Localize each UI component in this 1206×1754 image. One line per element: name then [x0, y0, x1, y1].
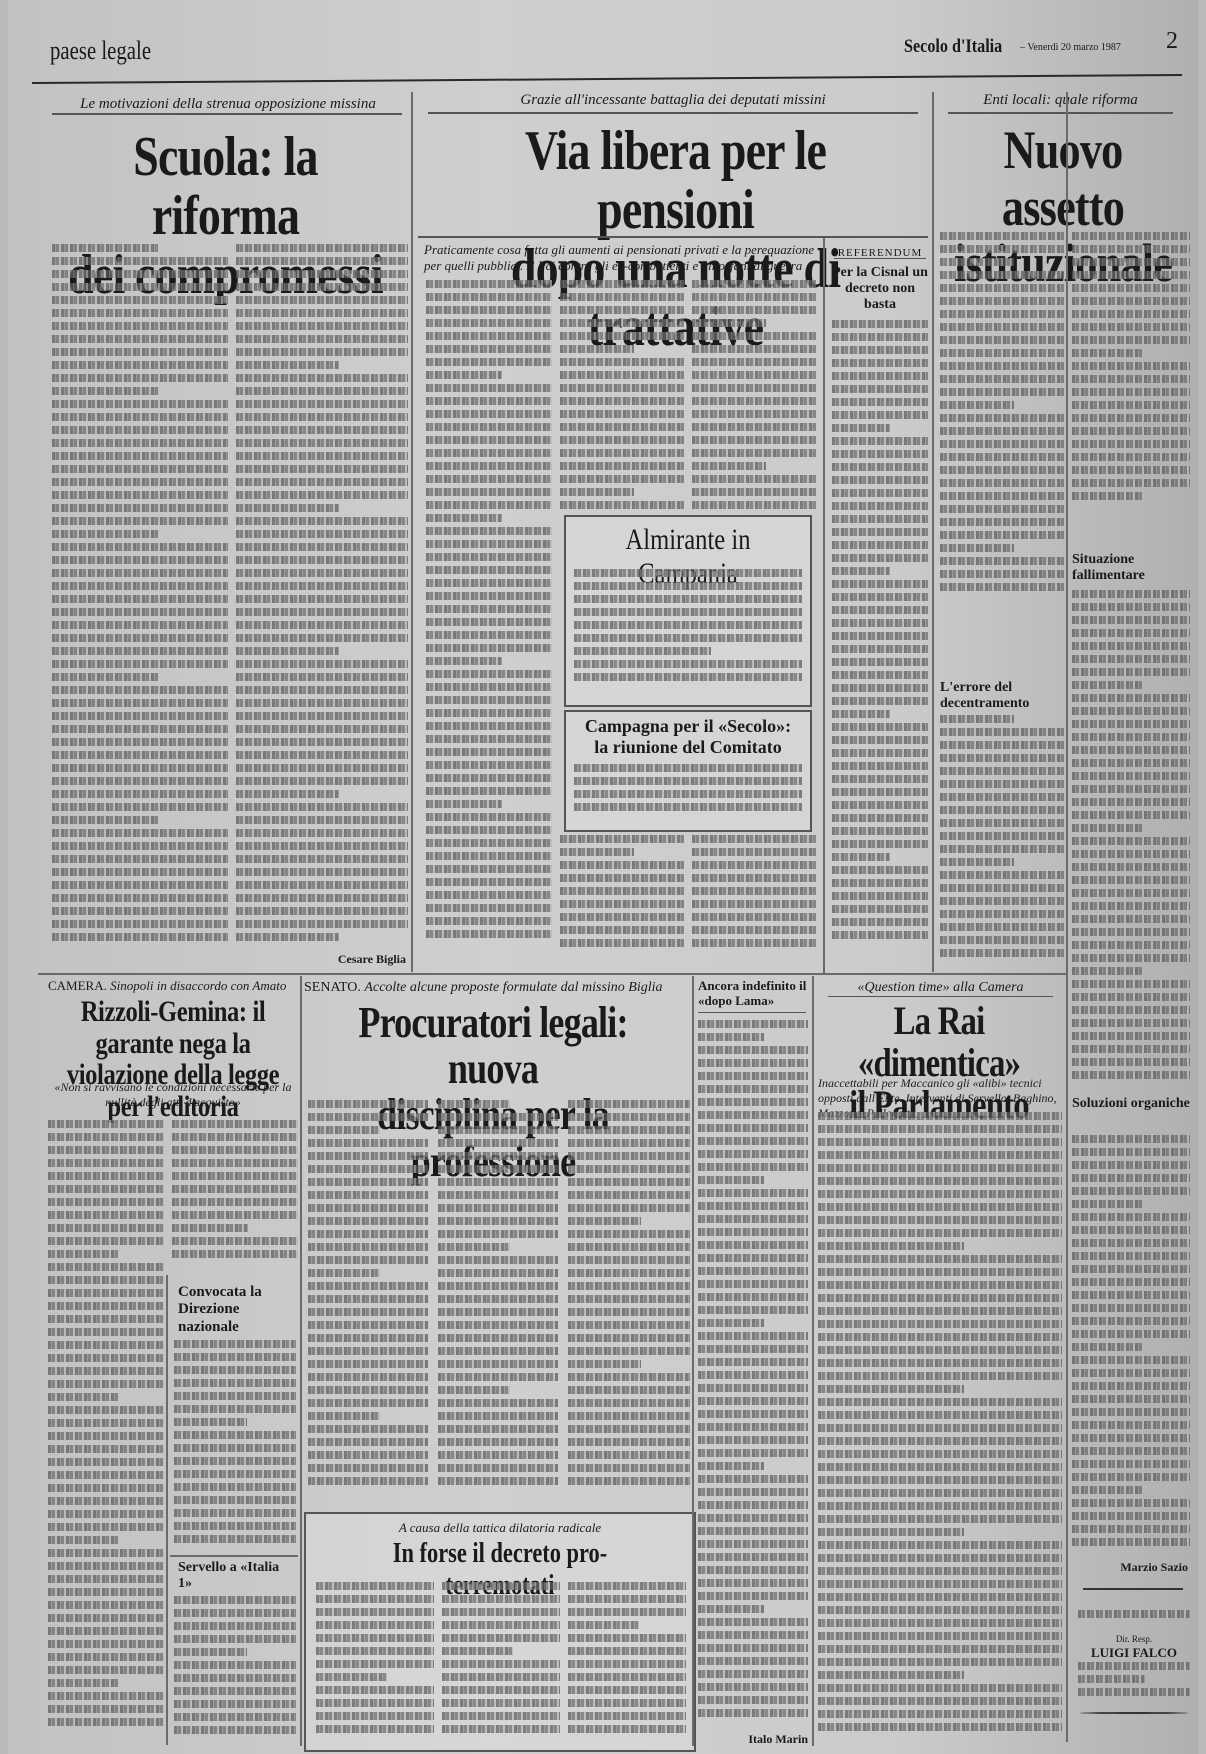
- kicker: A causa della tattica dilatoria radicale: [306, 1520, 694, 1536]
- text-line: [832, 632, 928, 640]
- text-line: [308, 1347, 428, 1355]
- text-line: [236, 855, 408, 863]
- text-line: [52, 634, 228, 642]
- text-line: [174, 1418, 247, 1426]
- box-body: [574, 569, 802, 697]
- article-body: [818, 1112, 1062, 1742]
- text-line: [426, 748, 552, 756]
- text-line: [940, 284, 1064, 292]
- text-line: [1072, 375, 1190, 383]
- text-line: [236, 582, 408, 590]
- deck: «Non si ravvisano le condizioni necessar…: [48, 1080, 298, 1110]
- text-line: [1072, 785, 1190, 793]
- text-line: [48, 1354, 164, 1362]
- text-line: [832, 775, 928, 783]
- text-line: [316, 1647, 434, 1655]
- text-line: [940, 362, 1064, 370]
- text-line: [52, 790, 228, 798]
- text-line: [698, 1267, 808, 1275]
- text-line: [940, 715, 1014, 723]
- text-line: [692, 280, 816, 288]
- text-line: [438, 1139, 558, 1147]
- text-line: [438, 1321, 558, 1329]
- text-line: [940, 728, 1064, 736]
- text-line: [48, 1250, 118, 1258]
- text-line: [174, 1700, 296, 1708]
- text-line: [52, 686, 228, 694]
- sidebar-headline: Per la Cisnal un decreto non basta: [830, 265, 930, 313]
- text-line: [574, 621, 802, 629]
- text-line: [568, 1165, 690, 1173]
- text-line: [174, 1444, 296, 1452]
- text-line: [236, 738, 408, 746]
- text-line: [236, 621, 408, 629]
- text-line: [1072, 941, 1190, 949]
- text-line: [1072, 1187, 1190, 1195]
- text-line: [832, 359, 928, 367]
- text-line: [692, 874, 816, 882]
- text-line: [1072, 1265, 1190, 1273]
- text-line: [568, 1386, 690, 1394]
- text-line: [940, 427, 1064, 435]
- text-line: [940, 310, 1064, 318]
- text-line: [174, 1522, 296, 1530]
- text-line: [236, 387, 408, 395]
- text-line: [698, 1579, 808, 1587]
- text-line: [438, 1295, 558, 1303]
- text-line: [426, 605, 552, 613]
- text-line: [940, 949, 1064, 957]
- text-line: [692, 475, 816, 483]
- text-line: [308, 1256, 428, 1264]
- column-divider: [932, 92, 934, 972]
- text-line: [426, 371, 502, 379]
- text-line: [236, 491, 408, 499]
- text-line: [560, 449, 684, 457]
- text-line: [698, 1163, 808, 1171]
- text-line: [426, 462, 552, 470]
- text-line: [426, 449, 552, 457]
- text-line: [48, 1393, 118, 1401]
- text-line: [426, 280, 552, 288]
- text-line: [1072, 1161, 1190, 1169]
- text-line: [1072, 681, 1143, 689]
- text-line: [832, 502, 928, 510]
- text-line: [308, 1100, 428, 1108]
- text-line: [48, 1159, 164, 1167]
- text-line: [832, 710, 890, 718]
- text-line: [438, 1269, 558, 1277]
- text-line: [568, 1621, 639, 1629]
- text-line: [438, 1100, 510, 1108]
- text-line: [574, 569, 802, 577]
- text-line: [818, 1502, 1062, 1510]
- text-line: [52, 751, 228, 759]
- text-line: [560, 835, 684, 843]
- text-line: [574, 803, 802, 811]
- text-line: [560, 371, 684, 379]
- text-line: [560, 913, 684, 921]
- text-line: [236, 309, 408, 317]
- text-line: [172, 1185, 298, 1193]
- text-line: [426, 397, 552, 405]
- text-line: [426, 553, 552, 561]
- text-line: [308, 1152, 428, 1160]
- text-line: [818, 1489, 1062, 1497]
- text-line: [818, 1515, 1062, 1523]
- text-line: [48, 1406, 164, 1414]
- text-line: [52, 504, 228, 512]
- text-line: [560, 861, 684, 869]
- text-line: [940, 336, 1064, 344]
- text-line: [560, 848, 634, 856]
- text-line: [940, 479, 1064, 487]
- text-line: [236, 790, 339, 798]
- text-line: [940, 923, 1064, 931]
- box-body: [568, 1582, 686, 1742]
- text-line: [426, 293, 552, 301]
- text-line: [174, 1726, 296, 1734]
- text-line: [48, 1315, 164, 1323]
- text-line: [174, 1609, 296, 1617]
- text-line: [698, 1072, 808, 1080]
- text-line: [698, 1631, 808, 1639]
- text-line: [832, 437, 928, 445]
- text-line: [818, 1463, 1062, 1471]
- text-line: [698, 1449, 808, 1457]
- text-line: [438, 1464, 558, 1472]
- text-line: [236, 296, 408, 304]
- text-line: [1072, 694, 1190, 702]
- text-line: [308, 1451, 428, 1459]
- text-line: [832, 515, 928, 523]
- kicker: Enti locali: quale riforma: [938, 92, 1183, 109]
- text-line: [832, 853, 890, 861]
- text-line: [174, 1596, 296, 1604]
- text-line: [568, 1412, 690, 1420]
- text-line: [316, 1725, 434, 1733]
- text-line: [698, 1098, 808, 1106]
- text-line: [818, 1346, 1062, 1354]
- text-line: [940, 466, 1064, 474]
- text-line: [832, 840, 928, 848]
- text-line: [52, 426, 228, 434]
- end-rule: [1080, 1712, 1188, 1714]
- text-line: [174, 1622, 296, 1630]
- text-line: [1072, 889, 1190, 897]
- text-line: [832, 671, 928, 679]
- text-line: [692, 384, 816, 392]
- text-line: [698, 1410, 808, 1418]
- text-line: [832, 489, 928, 497]
- text-line: [560, 358, 684, 366]
- text-line: [1072, 401, 1190, 409]
- text-line: [692, 358, 816, 366]
- text-line: [426, 904, 552, 912]
- text-line: [1072, 1434, 1190, 1442]
- text-line: [692, 306, 816, 314]
- text-line: [1072, 811, 1190, 819]
- text-line: [574, 647, 711, 655]
- text-line: [438, 1425, 558, 1433]
- text-line: [1072, 1200, 1143, 1208]
- box-headline: Servello a «Italia 1»: [178, 1560, 296, 1592]
- article-body: [560, 280, 684, 520]
- article-body: [52, 244, 228, 949]
- text-line: [174, 1687, 296, 1695]
- column-divider: [823, 238, 825, 973]
- text-line: [698, 1384, 808, 1392]
- text-line: [426, 774, 552, 782]
- headline-line: Nuovo assetto: [952, 122, 1173, 235]
- text-line: [426, 813, 552, 821]
- text-line: [308, 1139, 428, 1147]
- text-line: [818, 1684, 1062, 1692]
- text-line: [426, 644, 552, 652]
- text-line: [52, 361, 228, 369]
- text-line: [832, 619, 928, 627]
- kicker-rule: [428, 112, 918, 114]
- article-body: [1072, 232, 1190, 512]
- text-line: [52, 374, 228, 382]
- text-line: [48, 1185, 164, 1193]
- text-line: [426, 501, 552, 509]
- issue-date: – Venerdì 20 marzo 1987: [1020, 42, 1121, 53]
- text-line: [568, 1686, 686, 1694]
- text-line: [426, 618, 552, 626]
- text-line: [236, 400, 408, 408]
- text-line: [48, 1588, 164, 1596]
- text-line: [568, 1451, 690, 1459]
- text-line: [568, 1373, 690, 1381]
- text-line: [698, 1319, 764, 1327]
- box-body: [442, 1582, 560, 1742]
- text-line: [438, 1477, 558, 1485]
- text-line: [698, 1657, 808, 1665]
- text-line: [940, 780, 1064, 788]
- text-line: [692, 861, 816, 869]
- text-line: [442, 1712, 560, 1720]
- text-line: [48, 1692, 164, 1700]
- text-line: [236, 530, 408, 538]
- text-line: [174, 1340, 296, 1348]
- text-line: [1072, 590, 1190, 598]
- text-line: [940, 897, 1064, 905]
- text-line: [52, 660, 228, 668]
- text-line: [426, 436, 552, 444]
- text-line: [236, 426, 408, 434]
- text-line: [568, 1243, 690, 1251]
- text-line: [568, 1191, 690, 1199]
- text-line: [698, 1228, 808, 1236]
- text-line: [940, 323, 1064, 331]
- text-line: [560, 423, 684, 431]
- text-line: [236, 517, 408, 525]
- text-line: [52, 608, 228, 616]
- text-line: [316, 1608, 434, 1616]
- text-line: [426, 826, 552, 834]
- text-line: [48, 1523, 164, 1531]
- text-line: [818, 1125, 1062, 1133]
- text-line: [940, 544, 1014, 552]
- text-line: [698, 1254, 808, 1262]
- text-line: [308, 1373, 428, 1381]
- text-line: [438, 1178, 558, 1186]
- text-line: [818, 1385, 964, 1393]
- boxed-article: Campagna per il «Secolo»: la riunione de…: [564, 710, 812, 832]
- text-line: [438, 1217, 558, 1225]
- text-line: [698, 1670, 808, 1678]
- text-line: [1072, 1408, 1190, 1416]
- text-line: [52, 569, 228, 577]
- text-line: [1072, 479, 1190, 487]
- text-line: [438, 1360, 558, 1368]
- text-line: [692, 397, 816, 405]
- text-line: [438, 1438, 558, 1446]
- text-line: [52, 777, 228, 785]
- text-line: [52, 257, 228, 265]
- text-line: [692, 900, 816, 908]
- text-line: [48, 1341, 164, 1349]
- text-line: [438, 1451, 558, 1459]
- text-line: [308, 1269, 380, 1277]
- text-line: [698, 1709, 808, 1717]
- text-line: [698, 1644, 808, 1652]
- text-line: [174, 1379, 296, 1387]
- text-line: [698, 1605, 764, 1613]
- text-line: [426, 865, 552, 873]
- text-line: [568, 1464, 690, 1472]
- text-line: [560, 319, 684, 327]
- text-line: [698, 1488, 808, 1496]
- text-line: [560, 462, 684, 470]
- text-line: [560, 410, 684, 418]
- text-line: [818, 1177, 1062, 1185]
- text-line: [236, 569, 408, 577]
- text-line: [316, 1634, 434, 1642]
- text-line: [1072, 466, 1190, 474]
- text-line: [940, 414, 1064, 422]
- text-line: [48, 1666, 164, 1674]
- text-line: [48, 1302, 164, 1310]
- text-line: [1072, 1239, 1190, 1247]
- text-line: [1072, 388, 1190, 396]
- text-line: [698, 1566, 808, 1574]
- text-line: [692, 488, 816, 496]
- text-line: [698, 1046, 808, 1054]
- text-line: [52, 530, 158, 538]
- subhead: L'errore del decentramento: [940, 680, 1064, 712]
- text-line: [560, 436, 684, 444]
- text-line: [940, 754, 1064, 762]
- text-line: [236, 673, 408, 681]
- text-line: [1072, 837, 1190, 845]
- text-line: [698, 1345, 808, 1353]
- text-line: [52, 387, 158, 395]
- text-line: [832, 320, 928, 328]
- text-line: [832, 554, 928, 562]
- text-line: [236, 751, 408, 759]
- text-line: [818, 1710, 1062, 1718]
- text-line: [1072, 1019, 1190, 1027]
- text-line: [940, 271, 1064, 279]
- text-line: [308, 1178, 428, 1186]
- text-line: [940, 453, 1064, 461]
- text-line: [1072, 284, 1190, 292]
- text-line: [832, 580, 928, 588]
- text-line: [172, 1120, 298, 1128]
- text-line: [438, 1230, 558, 1238]
- text-line: [236, 465, 408, 473]
- text-line: [832, 814, 928, 822]
- text-line: [172, 1224, 248, 1232]
- text-line: [1072, 232, 1190, 240]
- text-line: [940, 767, 1064, 775]
- text-line: [1072, 440, 1190, 448]
- text-line: [236, 647, 339, 655]
- headline-line: Campagna per il «Secolo»:: [566, 716, 810, 737]
- text-line: [832, 541, 928, 549]
- text-line: [426, 891, 552, 899]
- text-line: [568, 1673, 686, 1681]
- text-line: [308, 1425, 428, 1433]
- text-line: [426, 358, 552, 366]
- kicker-text: Accolte alcune proposte formulate dal mi…: [364, 980, 662, 995]
- text-line: [692, 887, 816, 895]
- text-line: [236, 699, 408, 707]
- text-line: [1072, 655, 1190, 663]
- box-body: [174, 1596, 296, 1741]
- text-line: [174, 1509, 296, 1517]
- text-line: [698, 1397, 808, 1405]
- text-line: [1072, 772, 1190, 780]
- text-line: [568, 1347, 690, 1355]
- text-line: [574, 777, 802, 785]
- byline: Marzio Sazio: [1068, 1560, 1188, 1575]
- text-line: [316, 1582, 434, 1590]
- text-line: [698, 1332, 808, 1340]
- text-line: [426, 800, 502, 808]
- text-line: [172, 1250, 298, 1258]
- text-line: [48, 1289, 164, 1297]
- text-line: [236, 686, 408, 694]
- section-divider: [38, 973, 1066, 975]
- text-line: [48, 1458, 164, 1466]
- text-line: [1072, 414, 1190, 422]
- text-line: [316, 1660, 434, 1668]
- text-line: [308, 1217, 428, 1225]
- text-line: [832, 424, 890, 432]
- text-line: [698, 1293, 808, 1301]
- text-line: [1072, 1499, 1190, 1507]
- column-body: [698, 1020, 808, 1725]
- text-line: [426, 475, 552, 483]
- text-line: [940, 349, 1064, 357]
- text-line: [818, 1112, 1062, 1120]
- text-line: [698, 1020, 808, 1028]
- text-line: [236, 413, 408, 421]
- text-line: [438, 1165, 558, 1173]
- text-line: [692, 332, 816, 340]
- text-line: [1072, 1369, 1190, 1377]
- text-line: [568, 1113, 690, 1121]
- text-line: [52, 270, 228, 278]
- text-line: [52, 816, 158, 824]
- text-line: [818, 1437, 1062, 1445]
- text-line: [832, 866, 928, 874]
- text-line: [316, 1699, 434, 1707]
- text-line: [568, 1425, 690, 1433]
